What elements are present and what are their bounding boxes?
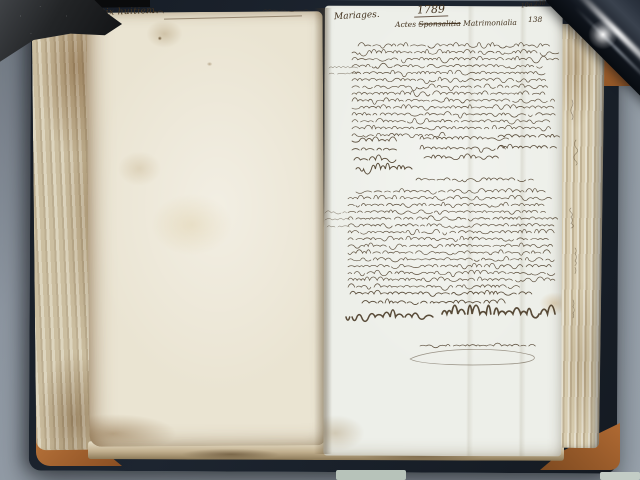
archive-photo-scene: Dix huitiem Mariages. 1789 Actes Sponsal… <box>0 0 640 480</box>
folio-number: 138 <box>528 15 542 24</box>
right-page <box>323 6 563 457</box>
title-prefix: Actes <box>395 20 418 29</box>
left-page <box>86 11 325 447</box>
floor-object <box>336 470 406 480</box>
gutter-shadow <box>314 8 332 454</box>
year-heading: 1789 <box>414 2 448 17</box>
floor-object-right <box>600 472 640 480</box>
title-struck-word: Sponsalitia <box>418 19 460 29</box>
title-suffix: Matrimonialia <box>461 18 517 28</box>
